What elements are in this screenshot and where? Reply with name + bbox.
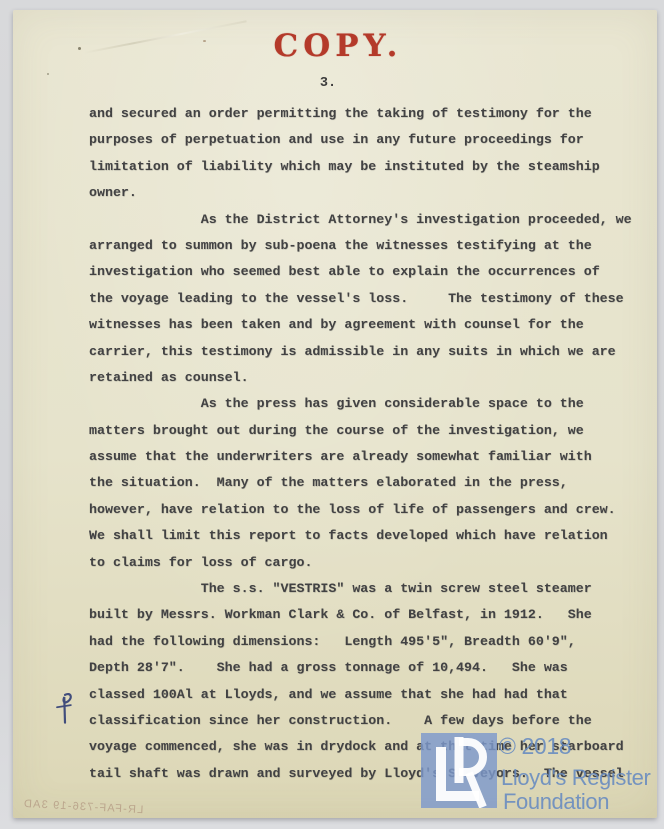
document-line: Depth 28'7". She had a gross tonnage of …: [89, 655, 632, 681]
page-number: 3.: [13, 76, 657, 91]
document-line: witnesses has been taken and by agreemen…: [89, 312, 632, 338]
document-line: retained as counsel.: [89, 365, 632, 391]
document-line: built by Messrs. Workman Clark & Co. of …: [89, 602, 632, 628]
document-line: investigation who seemed best able to ex…: [89, 259, 632, 285]
document-line: the situation. Many of the matters elabo…: [89, 470, 632, 496]
document-page: COPY. 3. and secured an order permitting…: [13, 10, 657, 818]
watermark-org-name-2: Foundation: [503, 789, 609, 815]
scanned-document: COPY. 3. and secured an order permitting…: [0, 0, 664, 829]
document-line: carrier, this testimony is admissible in…: [89, 339, 632, 365]
document-line: We shall limit this report to facts deve…: [89, 523, 632, 549]
document-line: As the District Attorney's investigation…: [89, 207, 632, 233]
document-body: and secured an order permitting the taki…: [89, 101, 632, 787]
document-line: As the press has given considerable spac…: [89, 391, 632, 417]
document-line: purposes of perpetuation and use in any …: [89, 127, 632, 153]
document-line: owner.: [89, 180, 632, 206]
document-line: matters brought out during the course of…: [89, 418, 632, 444]
document-line: however, have relation to the loss of li…: [89, 497, 632, 523]
copy-stamp: COPY.: [13, 28, 657, 64]
pen-mark-icon: [50, 689, 80, 727]
document-line: assume that the underwriters are already…: [89, 444, 632, 470]
document-line: The s.s. "VESTRIS" was a twin screw stee…: [89, 576, 632, 602]
verso-reference: LR-FAF-736-19 3AD: [17, 798, 149, 817]
document-line: the voyage leading to the vessel's loss.…: [89, 286, 632, 312]
document-line: to claims for loss of cargo.: [89, 550, 632, 576]
document-line: limitation of liability which may be ins…: [89, 154, 632, 180]
paper-speck: [47, 73, 49, 75]
document-line: classification since her construction. A…: [89, 708, 632, 734]
document-line: classed 100Al at Lloyds, and we assume t…: [89, 682, 632, 708]
document-line: voyage commenced, she was in drydock and…: [89, 734, 632, 760]
document-line: arranged to summon by sub-poena the witn…: [89, 233, 632, 259]
document-line: and secured an order permitting the taki…: [89, 101, 632, 127]
document-line: had the following dimensions: Length 495…: [89, 629, 632, 655]
document-line: tail shaft was drawn and surveyed by Llo…: [89, 761, 632, 787]
